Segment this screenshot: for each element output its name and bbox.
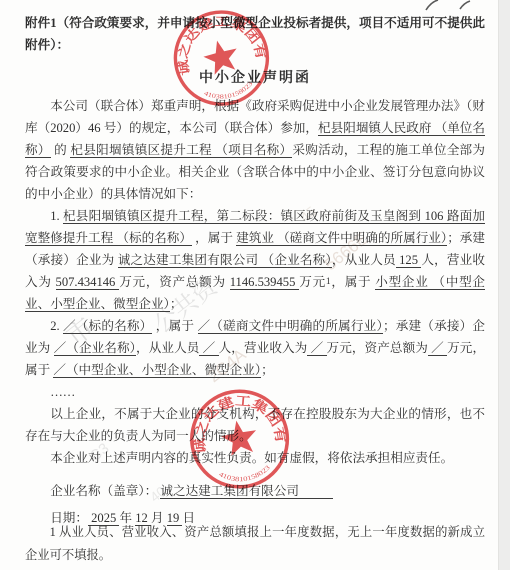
text-segment: ，属于 bbox=[192, 231, 236, 245]
paragraph-declaration: 本公司（联合体）郑重声明，根据《政府采购促进中小企业发展管理办法》（财库（202… bbox=[25, 95, 485, 205]
document-content: 附件1（符合政策要求，并申请按小型微型企业投标者提供，项目不适用可不提供此附件）… bbox=[25, 12, 485, 532]
text-segment: 1146.539455 bbox=[230, 275, 300, 290]
text-segment: ／（标的名称） bbox=[63, 319, 152, 334]
text-segment: ，从业人员 bbox=[136, 341, 199, 355]
text-segment: ／（企业名称） bbox=[54, 341, 136, 356]
paragraph-responsibility: 本企业对上述声明内容的真实性负责。如有虚假，将依法承担相应责任。 bbox=[25, 447, 485, 469]
text-segment: ／（中型企业、小型企业、微型企业） bbox=[53, 363, 261, 378]
text-segment: 杞县阳堌镇镇区提升工程 （项目名称） bbox=[70, 143, 292, 158]
paragraph-item-1: 1. 杞县阳堌镇镇区提升工程，第二标段：镇区政府前街及玉皇阁到 106 路面加宽… bbox=[25, 205, 485, 315]
text-segment: 诚之达建工集团有限公司 （企业名称） bbox=[118, 253, 332, 268]
company-name-line: 企业名称（盖章）： 诚之达建工集团有限公司 bbox=[50, 478, 485, 505]
scanned-document-page: 市公共资2C4A5666E45C340 附件1（符合政策要求，并申请按小型微型企… bbox=[0, 0, 510, 570]
text-segment: 万元，资产总额为 bbox=[327, 341, 428, 355]
footnote: 1 从业人员、营业收入、资产总额填报上一年度数据，无上一年度数据的新成立企业可不… bbox=[25, 521, 485, 567]
text-segment: 2. bbox=[50, 319, 63, 333]
text-segment: 507.434146 bbox=[56, 275, 120, 290]
text-segment: ，属于 bbox=[152, 319, 197, 333]
text-segment: ； bbox=[261, 363, 274, 377]
document-title: 中小企业声明函 bbox=[25, 69, 485, 89]
text-segment: ／ bbox=[428, 341, 447, 356]
scan-edge bbox=[498, 0, 510, 570]
text-segment: ／ bbox=[199, 341, 218, 356]
paragraph-ellipsis: …… bbox=[25, 381, 485, 403]
text-segment: ／（磋商文件中明确的所属行业） bbox=[198, 319, 383, 334]
text-segment: 的 bbox=[51, 143, 71, 157]
text-segment: 人，营业收入为 bbox=[219, 341, 308, 355]
text-segment: 125 bbox=[396, 253, 422, 268]
text-segment: ； bbox=[170, 297, 183, 311]
attachment-note: 附件1（符合政策要求，并申请按小型微型企业投标者提供，项目不适用可不提供此附件）… bbox=[25, 12, 485, 56]
paragraph-not-large-enterprise: 以上企业，不属于大企业的分支机构，不存在控股股东为大企业的情形，也不存在与大企业… bbox=[25, 403, 485, 447]
text-segment: 建筑业 （磋商文件中明确的所属行业） bbox=[236, 231, 447, 246]
text-segment: 万元，资产总额为 bbox=[119, 275, 229, 289]
text-segment: 万元 bbox=[299, 275, 326, 289]
text-segment: 1. bbox=[50, 209, 63, 223]
text-segment: ，从业人员 bbox=[332, 253, 396, 267]
text-segment: 诚之达建工集团有限公司 bbox=[160, 484, 333, 499]
text-segment: 企业名称（盖章）： bbox=[50, 484, 160, 498]
pen-mark-icon bbox=[398, 0, 478, 12]
text-segment: ，属于 bbox=[331, 275, 376, 289]
text-segment: ／ bbox=[307, 341, 326, 356]
paragraph-item-2: 2. ／（标的名称） ，属于 ／（磋商文件中明确的所属行业）；承建（承接）企业为… bbox=[25, 315, 485, 381]
